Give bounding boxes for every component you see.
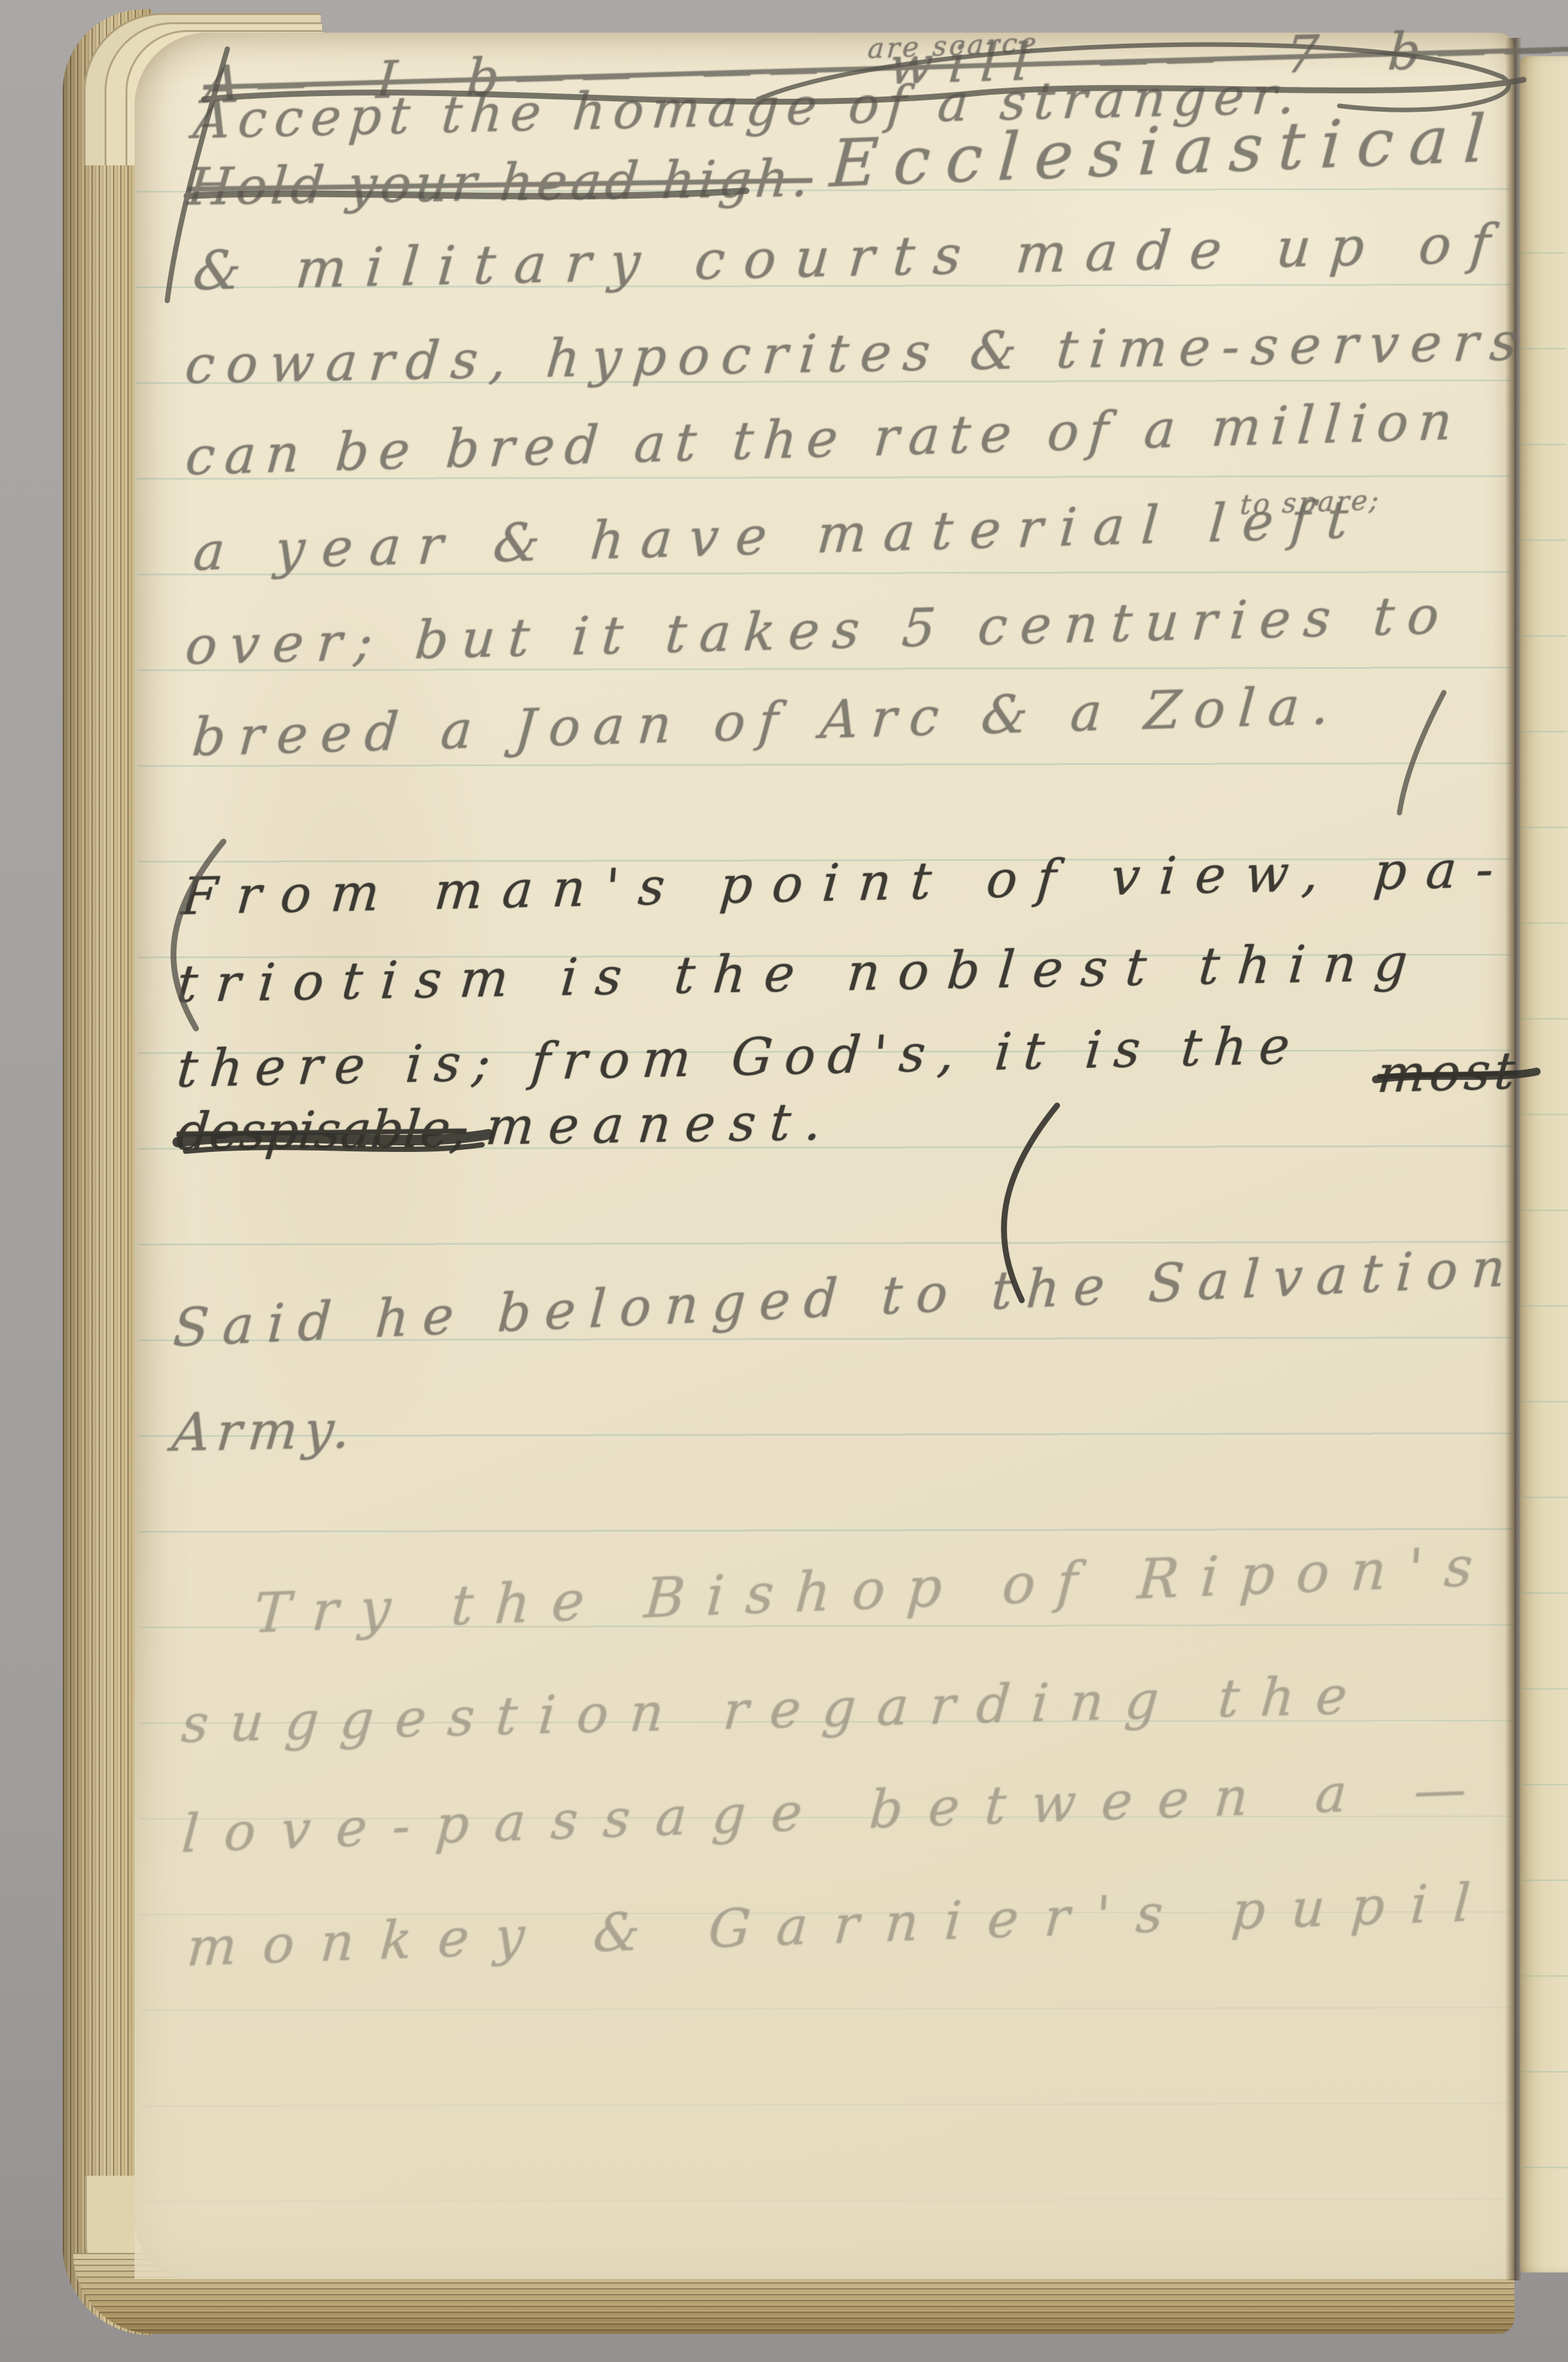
strike-most-line <box>1376 1072 1537 1079</box>
paren-after-meanest-mark <box>1004 1106 1057 1300</box>
margin-slash-top-mark <box>167 49 227 301</box>
paren-before-from-mark <box>173 842 223 1028</box>
strike-hold-line <box>187 191 746 196</box>
notebook-photo: are scarceA— I b—— —— will —— 7 b——Accep… <box>0 0 1568 2362</box>
strike-despisable-second <box>186 1145 482 1151</box>
pencil-marks <box>0 0 1568 2362</box>
strike-scrawl-line <box>204 80 1524 102</box>
slash-after-zola-mark <box>1399 693 1444 813</box>
strike-despisable-heavy <box>178 1134 489 1142</box>
